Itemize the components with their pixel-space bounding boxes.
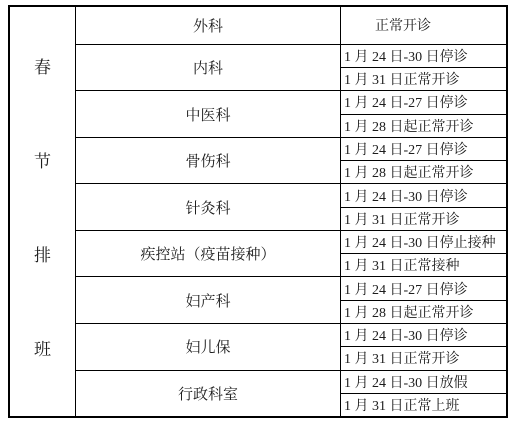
spring-festival-schedule-table: 春 节 排 班 外科 正常开诊 内科 1 月 24 日-30 日停诊 1 月 3…: [8, 5, 508, 418]
department-cell: 外科: [76, 7, 341, 44]
department-cell: 妇儿保: [76, 324, 341, 370]
schedule-cell: 1 月 24 日-30 日停诊 1 月 31 日正常开诊: [341, 324, 506, 370]
vertical-title-char: 节: [34, 153, 51, 170]
department-cell: 妇产科: [76, 277, 341, 323]
vertical-title-char: 排: [34, 247, 51, 264]
table-row: 妇产科 1 月 24 日-27 日停诊 1 月 28 日起正常开诊: [76, 277, 506, 324]
schedule-cell: 1 月 24 日-30 日停诊 1 月 31 日正常开诊: [341, 45, 506, 91]
schedule-line: 1 月 31 日正常开诊: [341, 347, 506, 369]
department-cell: 行政科室: [76, 371, 341, 417]
schedule-cell: 1 月 24 日-27 日停诊 1 月 28 日起正常开诊: [341, 91, 506, 137]
schedule-line: 1 月 24 日-30 日停诊: [341, 184, 506, 207]
department-cell: 疾控站（疫苗接种）: [76, 231, 341, 277]
vertical-title-char: 班: [34, 341, 51, 358]
schedule-line: 1 月 28 日起正常开诊: [341, 301, 506, 323]
schedule-line: 1 月 24 日-30 日停诊: [341, 324, 506, 347]
department-cell: 内科: [76, 45, 341, 91]
department-rows: 外科 正常开诊 内科 1 月 24 日-30 日停诊 1 月 31 日正常开诊 …: [76, 7, 506, 416]
schedule-cell: 1 月 24 日-30 日放假 1 月 31 日正常上班: [341, 371, 506, 417]
schedule-line: 1 月 24 日-30 日停止接种: [341, 231, 506, 254]
schedule-line: 1 月 31 日正常接种: [341, 254, 506, 276]
table-row: 行政科室 1 月 24 日-30 日放假 1 月 31 日正常上班: [76, 371, 506, 417]
table-row: 内科 1 月 24 日-30 日停诊 1 月 31 日正常开诊: [76, 45, 506, 92]
schedule-cell: 正常开诊: [341, 7, 506, 44]
schedule-line: 1 月 28 日起正常开诊: [341, 161, 506, 183]
vertical-title-char: 春: [34, 59, 51, 76]
schedule-line: 正常开诊: [341, 7, 506, 44]
schedule-page: 春 节 排 班 外科 正常开诊 内科 1 月 24 日-30 日停诊 1 月 3…: [0, 0, 514, 423]
schedule-line: 1 月 24 日-30 日停诊: [341, 45, 506, 68]
schedule-line: 1 月 24 日-27 日停诊: [341, 91, 506, 114]
schedule-line: 1 月 24 日-27 日停诊: [341, 277, 506, 300]
schedule-cell: 1 月 24 日-27 日停诊 1 月 28 日起正常开诊: [341, 277, 506, 323]
table-row: 针灸科 1 月 24 日-30 日停诊 1 月 31 日正常开诊: [76, 184, 506, 231]
schedule-cell: 1 月 24 日-30 日停止接种 1 月 31 日正常接种: [341, 231, 506, 277]
table-row: 外科 正常开诊: [76, 7, 506, 45]
schedule-line: 1 月 24 日-30 日放假: [341, 371, 506, 394]
table-row: 中医科 1 月 24 日-27 日停诊 1 月 28 日起正常开诊: [76, 91, 506, 138]
table-row: 疾控站（疫苗接种） 1 月 24 日-30 日停止接种 1 月 31 日正常接种: [76, 231, 506, 278]
department-cell: 中医科: [76, 91, 341, 137]
vertical-title-column: 春 节 排 班: [10, 7, 76, 416]
table-row: 妇儿保 1 月 24 日-30 日停诊 1 月 31 日正常开诊: [76, 324, 506, 371]
schedule-cell: 1 月 24 日-27 日停诊 1 月 28 日起正常开诊: [341, 138, 506, 184]
schedule-line: 1 月 28 日起正常开诊: [341, 115, 506, 137]
schedule-line: 1 月 31 日正常开诊: [341, 208, 506, 230]
schedule-line: 1 月 31 日正常开诊: [341, 68, 506, 90]
department-cell: 骨伤科: [76, 138, 341, 184]
department-cell: 针灸科: [76, 184, 341, 230]
schedule-line: 1 月 31 日正常上班: [341, 394, 506, 416]
schedule-line: 1 月 24 日-27 日停诊: [341, 138, 506, 161]
schedule-cell: 1 月 24 日-30 日停诊 1 月 31 日正常开诊: [341, 184, 506, 230]
table-row: 骨伤科 1 月 24 日-27 日停诊 1 月 28 日起正常开诊: [76, 138, 506, 185]
